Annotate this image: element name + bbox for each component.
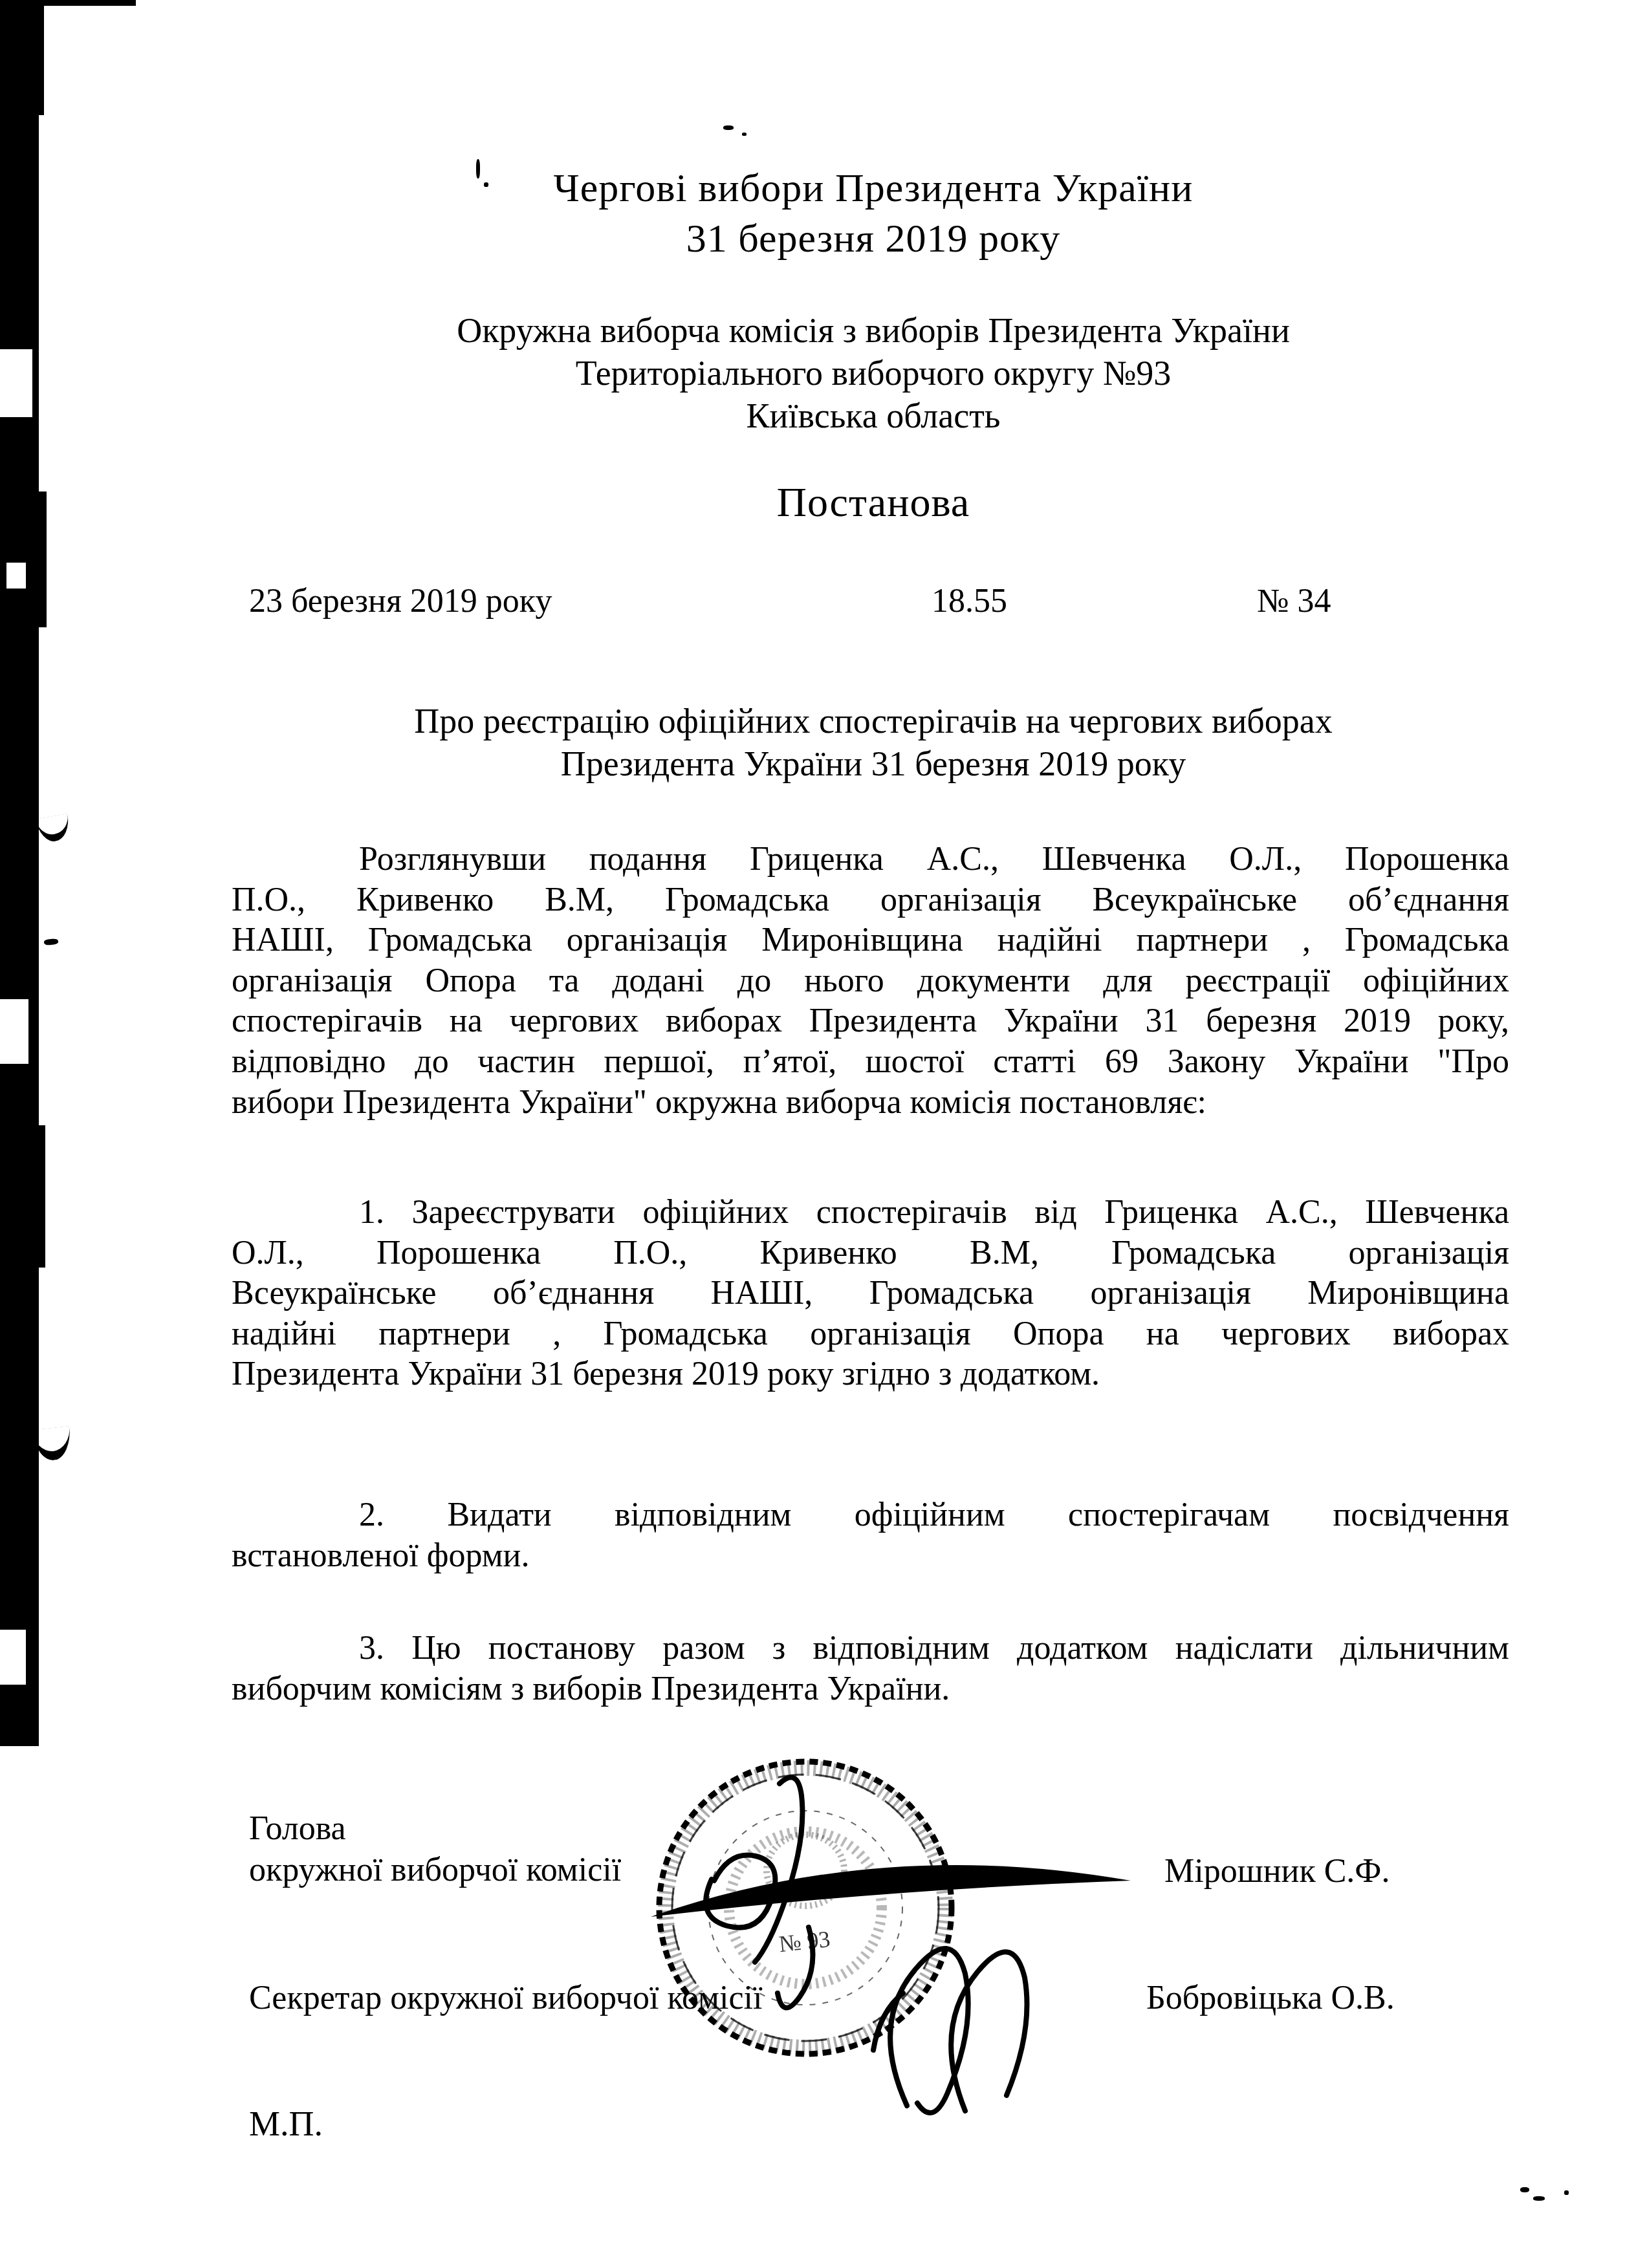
scan-artifact-gap xyxy=(0,349,32,417)
scan-artifact-top-strip xyxy=(38,0,136,6)
scan-artifact-gap xyxy=(0,999,28,1064)
paragraph-item-3: 3. Цю постанову разом з відповідним дода… xyxy=(232,1628,1509,1709)
scan-artifact-corner xyxy=(0,0,44,115)
handwritten-signatures xyxy=(615,1714,1456,2141)
document-subject: Про реєстрацію офіційних спостерігачів н… xyxy=(226,700,1520,785)
scan-artifact-dash xyxy=(44,938,59,945)
document-type-heading: Постанова xyxy=(226,480,1520,525)
paragraph-item-2: 2. Видати відповідним офіційним спостері… xyxy=(232,1495,1509,1576)
commission-name: Окружна виборча комісія з виборів Презид… xyxy=(226,309,1520,437)
scan-artifact-gap xyxy=(6,563,26,589)
scan-artifact-speck xyxy=(742,133,747,136)
seal-place-mark: М.П. xyxy=(249,2103,323,2144)
scan-artifact-bump xyxy=(38,1125,45,1268)
scan-artifact-band xyxy=(0,0,39,1746)
secretary-signature xyxy=(873,1949,1027,2113)
paragraph-item-1: 1. Зареєструвати офіційних спостерігачів… xyxy=(232,1193,1509,1395)
scan-artifact-speck xyxy=(723,125,734,130)
scan-artifact-gap xyxy=(0,1630,26,1685)
chair-role-label: Головаокружної виборчої комісії xyxy=(249,1808,621,1891)
scanned-document-page: Чергові вибори Президента України31 бере… xyxy=(0,0,1625,2268)
document-title: Чергові вибори Президента України31 бере… xyxy=(226,163,1520,264)
scan-artifact-speck xyxy=(1520,2187,1529,2192)
scan-artifact-speck xyxy=(1533,2196,1545,2201)
document-date: 23 березня 2019 року xyxy=(249,582,552,621)
scan-artifact-speck xyxy=(1564,2190,1569,2195)
scan-artifact-crescent xyxy=(36,814,72,844)
document-number: № 34 xyxy=(1257,582,1331,621)
paragraph-intro: Розглянувши подання Гриценка А.С., Шевче… xyxy=(232,839,1509,1123)
scan-artifact-bump xyxy=(38,491,47,627)
chair-signature-swoosh xyxy=(651,1865,1131,1917)
document-time: 18.55 xyxy=(932,582,1007,621)
